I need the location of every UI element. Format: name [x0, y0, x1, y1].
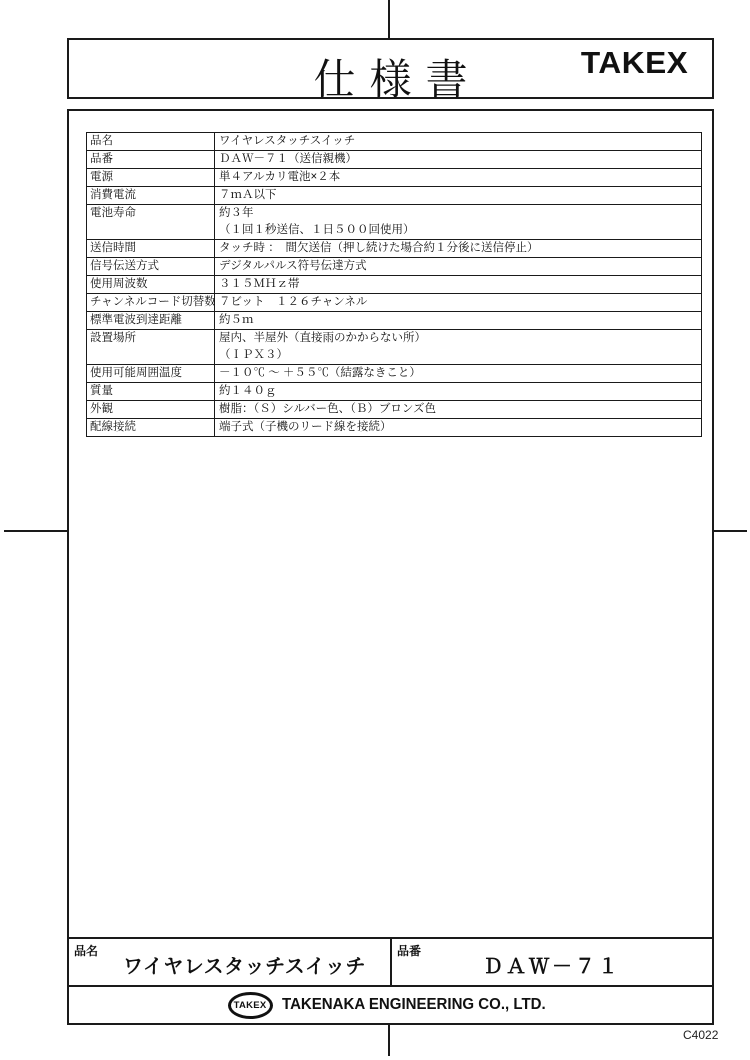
spec-row-value-line: －１０℃ ～ ＋５５℃（結露なきこと）: [219, 365, 699, 382]
spec-row-value-line: 樹脂：（Ｓ）シルバー色、（Ｂ）ブロンズ色: [219, 401, 699, 418]
spec-row: 使用周波数３１５ＭＨｚ帯: [87, 276, 702, 294]
spec-row: 消費電流７ｍＡ以下: [87, 187, 702, 205]
spec-row: 電源単４アルカリ電池×２本: [87, 169, 702, 187]
spec-row-label: チャンネルコード切替数: [87, 294, 215, 312]
spec-row: 設置場所屋内、半屋外（直接雨のかからない所）（ＩＰＸ３）: [87, 330, 702, 365]
spec-table: 品名ワイヤレスタッチスイッチ品番ＤＡＷ－７１（送信親機）電源単４アルカリ電池×２…: [86, 132, 702, 437]
spec-row-value-line: （１回１秒送信、１日５００回使用）: [219, 222, 699, 239]
spec-row-value: ７ｍＡ以下: [215, 187, 702, 205]
spec-row-value: 樹脂：（Ｓ）シルバー色、（Ｂ）ブロンズ色: [215, 401, 702, 419]
spec-row-value-line: 端子式（子機のリード線を接続）: [219, 419, 699, 436]
spec-row-value: －１０℃ ～ ＋５５℃（結露なきこと）: [215, 365, 702, 383]
spec-row-label: 電池寿命: [87, 205, 215, 240]
spec-row-value: 端子式（子機のリード線を接続）: [215, 419, 702, 437]
spec-row-value: 約１４０ｇ: [215, 383, 702, 401]
product-name-cell: 品名 ワイヤレスタッチスイッチ: [69, 939, 390, 985]
spec-row: 信号伝送方式デジタルパルス符号伝達方式: [87, 258, 702, 276]
spec-row: チャンネルコード切替数７ビット １２６チャンネル: [87, 294, 702, 312]
crop-mark-left: [4, 530, 67, 532]
spec-row: 品名ワイヤレスタッチスイッチ: [87, 133, 702, 151]
spec-row-value-line: 屋内、半屋外（直接雨のかからない所）: [219, 330, 699, 347]
spec-row-value-line: 単４アルカリ電池×２本: [219, 169, 699, 186]
spec-row: 送信時間タッチ時 ： 間欠送信（押し続けた場合約１分後に送信停止）: [87, 240, 702, 258]
crop-mark-right: [713, 530, 747, 532]
spec-row-label: 電源: [87, 169, 215, 187]
spec-row-value: 約５ｍ: [215, 312, 702, 330]
spec-row: 質量約１４０ｇ: [87, 383, 702, 401]
spec-row-label: 配線接続: [87, 419, 215, 437]
product-name-label: 品名: [74, 942, 98, 959]
spec-row-value: 単４アルカリ電池×２本: [215, 169, 702, 187]
spec-row-value: タッチ時 ： 間欠送信（押し続けた場合約１分後に送信停止）: [215, 240, 702, 258]
brand-logo: TAKEX: [581, 45, 688, 81]
spec-row-value-line: ワイヤレスタッチスイッチ: [219, 133, 699, 150]
spec-row-label: 使用周波数: [87, 276, 215, 294]
doc-code: C4022: [683, 1028, 718, 1042]
takex-oval-logo-icon: TAKEX: [228, 992, 273, 1019]
spec-row: 外観樹脂：（Ｓ）シルバー色、（Ｂ）ブロンズ色: [87, 401, 702, 419]
spec-table-body: 品名ワイヤレスタッチスイッチ品番ＤＡＷ－７１（送信親機）電源単４アルカリ電池×２…: [87, 133, 702, 437]
spec-row-value-line: ７ビット １２６チャンネル: [219, 294, 699, 311]
spec-row-label: 品名: [87, 133, 215, 151]
spec-row-value-line: ＤＡＷ－７１（送信親機）: [219, 151, 699, 168]
product-name-value: ワイヤレスタッチスイッチ: [123, 950, 366, 979]
spec-row-value-line: 約３年: [219, 205, 699, 222]
spec-row-value: ７ビット １２６チャンネル: [215, 294, 702, 312]
spec-row: 使用可能周囲温度－１０℃ ～ ＋５５℃（結露なきこと）: [87, 365, 702, 383]
product-summary-row: 品名 ワイヤレスタッチスイッチ 品番 ＤＡＷ－７１: [69, 937, 712, 985]
crop-mark-top: [388, 0, 390, 38]
model-value: ＤＡＷ－７１: [392, 950, 712, 979]
spec-row-label: 外観: [87, 401, 215, 419]
spec-row-label: 品番: [87, 151, 215, 169]
spec-sheet-page: 仕様書 TAKEX 品名ワイヤレスタッチスイッチ品番ＤＡＷ－７１（送信親機）電源…: [0, 0, 750, 1060]
spec-row-label: 消費電流: [87, 187, 215, 205]
spec-row-value-line: ３１５ＭＨｚ帯: [219, 276, 699, 293]
spec-row-value: ３１５ＭＨｚ帯: [215, 276, 702, 294]
spec-row-label: 使用可能周囲温度: [87, 365, 215, 383]
spec-row: 品番ＤＡＷ－７１（送信親機）: [87, 151, 702, 169]
spec-row-value: ＤＡＷ－７１（送信親機）: [215, 151, 702, 169]
spec-row-value: デジタルパルス符号伝達方式: [215, 258, 702, 276]
company-name: TAKENAKA ENGINEERING CO., LTD.: [282, 996, 546, 1014]
title-box: 仕様書 TAKEX: [67, 38, 714, 99]
spec-row-value-line: タッチ時 ： 間欠送信（押し続けた場合約１分後に送信停止）: [219, 240, 699, 257]
spec-row-label: 送信時間: [87, 240, 215, 258]
spec-row: 標準電波到達距離約５ｍ: [87, 312, 702, 330]
spec-row-label: 設置場所: [87, 330, 215, 365]
spec-row-value-line: （ＩＰＸ３）: [219, 347, 699, 364]
spec-row-value: 約３年（１回１秒送信、１日５００回使用）: [215, 205, 702, 240]
spec-row-label: 標準電波到達距離: [87, 312, 215, 330]
spec-row: 電池寿命約３年（１回１秒送信、１日５００回使用）: [87, 205, 702, 240]
spec-row-value-line: 約５ｍ: [219, 312, 699, 329]
spec-row-label: 信号伝送方式: [87, 258, 215, 276]
spec-row-value: ワイヤレスタッチスイッチ: [215, 133, 702, 151]
model-cell: 品番 ＤＡＷ－７１: [390, 939, 712, 985]
spec-row-value-line: デジタルパルス符号伝達方式: [219, 258, 699, 275]
spec-row-value-line: 約１４０ｇ: [219, 383, 699, 400]
takex-oval-logo-text: TAKEX: [234, 1000, 267, 1011]
spec-row-label: 質量: [87, 383, 215, 401]
footer-band: TAKEX TAKENAKA ENGINEERING CO., LTD.: [69, 985, 712, 1023]
spec-row: 配線接続端子式（子機のリード線を接続）: [87, 419, 702, 437]
spec-row-value: 屋内、半屋外（直接雨のかからない所）（ＩＰＸ３）: [215, 330, 702, 365]
spec-row-value-line: ７ｍＡ以下: [219, 187, 699, 204]
crop-mark-bottom: [388, 1024, 390, 1056]
main-frame: 品名ワイヤレスタッチスイッチ品番ＤＡＷ－７１（送信親機）電源単４アルカリ電池×２…: [67, 109, 714, 1025]
